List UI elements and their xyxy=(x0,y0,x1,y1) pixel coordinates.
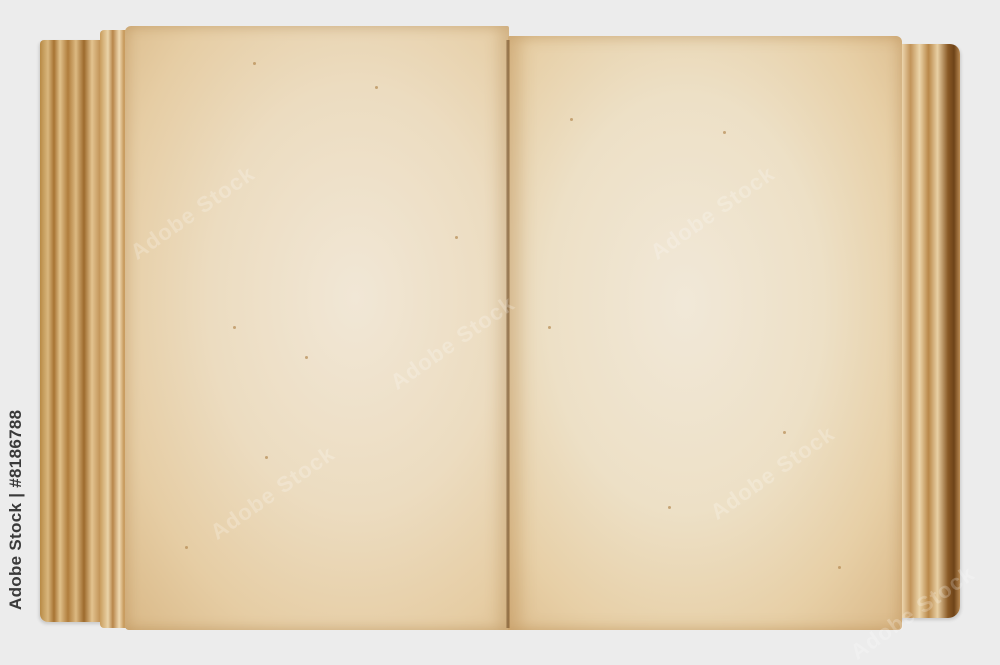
stock-id-label: Adobe Stock | #8186788 xyxy=(6,410,26,610)
paper-speck xyxy=(548,326,551,329)
paper-speck xyxy=(253,62,256,65)
paper-speck xyxy=(455,236,458,239)
paper-speck xyxy=(375,86,378,89)
paper-speck xyxy=(783,431,786,434)
paper-speck xyxy=(723,131,726,134)
paper-speck xyxy=(185,546,188,549)
left-page xyxy=(125,26,509,630)
paper-speck xyxy=(570,118,573,121)
paper-speck xyxy=(838,566,841,569)
paper-speck xyxy=(305,356,308,359)
book-gutter xyxy=(506,40,510,628)
paper-speck xyxy=(233,326,236,329)
photo-scene: Adobe Stock Adobe Stock Adobe Stock Adob… xyxy=(0,0,1000,665)
right-page xyxy=(508,36,902,630)
paper-speck xyxy=(668,506,671,509)
paper-speck xyxy=(265,456,268,459)
